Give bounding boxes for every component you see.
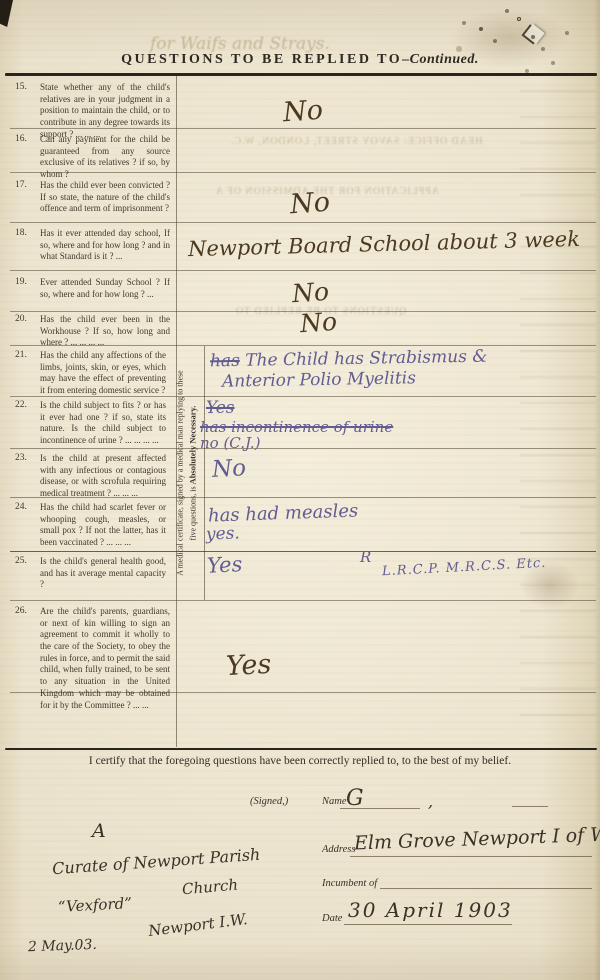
row-separator [10, 600, 596, 601]
medical-note-line2: five questions, is [189, 484, 198, 540]
question-number: 16. [15, 134, 27, 144]
annotation-date: 2 May.03. [28, 937, 97, 955]
date-underline [344, 924, 512, 925]
address-label: Address [322, 844, 355, 855]
certify-statement: I certify that the foregoing questions h… [0, 755, 600, 767]
answer-q20: No [299, 307, 338, 339]
answer-q26: Yes [225, 649, 272, 682]
address-underline [350, 856, 592, 857]
medical-note-vertical: A medical certificate, signed by a medic… [168, 346, 206, 600]
answer-q24-line1: has had measles [208, 500, 359, 526]
question-text: State whether any of the child's relativ… [40, 82, 170, 140]
question-text: Has it ever attended day school, If so, … [40, 228, 170, 263]
question-text: Has the child had scarlet fever or whoop… [40, 502, 166, 549]
row-separator [10, 448, 596, 449]
question-text: Has the child ever been in the Workhouse… [40, 314, 170, 349]
name-underline [340, 808, 420, 809]
answer-q17: No [289, 187, 331, 221]
corner-ink-mark [0, 0, 13, 27]
medical-note-emphasis: Absolutely Necessary. [188, 406, 198, 485]
question-number: 21. [15, 350, 27, 360]
question-number: 19. [15, 277, 27, 287]
name-label: Name [322, 796, 347, 807]
page-title-main: QUESTIONS TO BE REPLIED TO [121, 52, 402, 67]
annotation-church: Church [181, 876, 238, 899]
incumbent-label: Incumbent of [322, 878, 377, 889]
annotation-initial: A [92, 820, 106, 842]
answer-q21-text: The Child has Strabismus & [245, 347, 488, 371]
stray-ink-comma: , [428, 792, 433, 811]
address-value: Elm Grove Newport I of W [354, 824, 600, 855]
annotation-role: Curate of Newport Parish [52, 845, 261, 878]
question-text: Is the child's general health good, and … [40, 556, 166, 591]
question-text: Are the child's parents, guardians, or n… [40, 606, 170, 711]
showthrough-column [520, 90, 596, 740]
row-separator [10, 270, 596, 271]
answer-q19: No [291, 277, 330, 309]
question-number: 15. [15, 82, 27, 92]
annotation-house: “Vexford” [58, 894, 133, 916]
question-number: 18. [15, 228, 27, 238]
answer-q23: No [211, 455, 246, 483]
answer-q25-line1: Yes [206, 552, 242, 578]
date-label: Date [322, 913, 342, 924]
answer-q21-line1: has The Child has Strabismus & [210, 347, 488, 372]
question-number: 24. [15, 502, 27, 512]
question-text: Is the child subject to fits ? or has it… [40, 400, 166, 447]
answer-q22-line1: Yes [206, 398, 235, 418]
table-bottom-rule [5, 748, 597, 750]
header-rule [5, 73, 597, 76]
scanned-form-page: for Waifs and Strays. HEAD OFFICE: SAVOY… [0, 0, 600, 980]
short-rule [512, 806, 548, 807]
question-number: 23. [15, 453, 27, 463]
page-title: QUESTIONS TO BE REPLIED TO–Continued. [0, 52, 600, 68]
question-text: Is the child at present affected with an… [40, 453, 166, 500]
question-text: Ever attended Sunday School ? If so, whe… [40, 277, 170, 300]
ghost-text-line: HEAD OFFICE: SAVOY STREET, LONDON, W.C. [230, 136, 482, 147]
answer-q21-strike: has [210, 351, 240, 372]
answer-q15: No [282, 95, 324, 129]
answer-q22-line3: no (C.J.) [200, 434, 261, 452]
incumbent-underline [380, 888, 592, 889]
question-text: Has the child any affections of the limb… [40, 350, 166, 397]
row-separator [10, 551, 596, 552]
question-text: Can any payment for the child be guarant… [40, 134, 170, 181]
date-value: 30 April 1903 [348, 898, 513, 922]
question-number: 17. [15, 180, 27, 190]
answer-q24-line2: yes. [206, 523, 240, 544]
question-number: 22. [15, 400, 27, 410]
answer-q25-initial: R [360, 548, 371, 566]
annotation-place: Newport I.W. [147, 910, 248, 940]
question-text: Has the child ever been convicted ? If s… [40, 180, 170, 215]
page-title-continued: –Continued. [402, 52, 479, 67]
question-number: 20. [15, 314, 27, 324]
question-number: 25. [15, 556, 27, 566]
signed-label: (Signed,) [250, 796, 288, 807]
ghost-script-header: for Waifs and Strays. [150, 34, 330, 54]
medical-note-line1: A medical certificate, signed by a medic… [175, 348, 187, 598]
question-number: 26. [15, 606, 27, 616]
row-separator [10, 222, 596, 223]
answer-q21-line2: Anterior Polio Myelitis [222, 368, 416, 391]
